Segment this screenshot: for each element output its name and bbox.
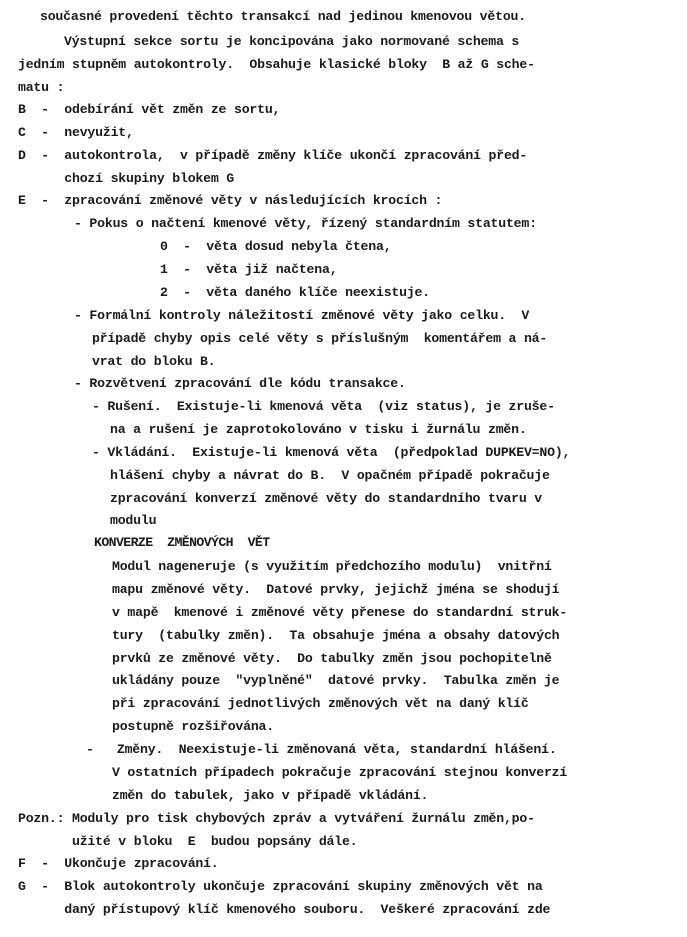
text-line: postupně rozšiřována.	[112, 719, 274, 735]
text-line: D - autokontrola, v případě změny klíče …	[18, 148, 527, 164]
text-line: vrat do bloku B.	[92, 354, 215, 370]
text-line: - Vkládání. Existuje-li kmenová věta (př…	[92, 445, 570, 461]
text-line: při zpracování jednotlivých změnových vě…	[112, 696, 529, 712]
text-line: Výstupní sekce sortu je koncipována jako…	[64, 34, 519, 50]
text-line: - Rušení. Existuje-li kmenová věta (viz …	[92, 399, 555, 415]
text-line: mapu změnové věty. Datové prvky, jejichž…	[112, 582, 559, 598]
text-line: C - nevyužit,	[18, 125, 134, 141]
text-line: Modul nageneruje (s využitím předchozího…	[112, 559, 552, 575]
text-line: - Formální kontroly náležitostí změnové …	[74, 308, 529, 324]
text-line: prvků ze změnové věty. Do tabulky změn j…	[112, 651, 552, 667]
text-line: F - Ukončuje zpracování.	[18, 856, 219, 872]
text-line: chozí skupiny blokem G	[18, 171, 234, 187]
text-line: změn do tabulek, jako v případě vkládání…	[112, 788, 428, 804]
text-line: jedním stupněm autokontroly. Obsahuje kl…	[18, 57, 535, 73]
text-line: B - odebírání vět změn ze sortu,	[18, 102, 280, 118]
text-line: ukládány pouze "vyplněné" datové prvky. …	[112, 673, 559, 689]
text-line: matu :	[18, 80, 64, 96]
text-line: užité v bloku E budou popsány dále.	[18, 834, 357, 850]
text-line: Pozn.: Moduly pro tisk chybových zpráv a…	[18, 811, 535, 827]
text-line: současné provedení těchto transakcí nad …	[40, 9, 526, 25]
text-line: tury (tabulky změn). Ta obsahuje jména a…	[112, 628, 559, 644]
text-line: V ostatních případech pokračuje zpracová…	[112, 765, 567, 781]
text-line: hlášení chyby a návrat do B. V opačném p…	[110, 468, 550, 484]
text-line: 1 - věta již načtena,	[160, 262, 337, 278]
text-line: E - zpracování změnové věty v následujíc…	[18, 193, 442, 209]
text-line: 2 - věta daného klíče neexistuje.	[160, 285, 430, 301]
text-line: na a rušení je zaprotokolováno v tisku i…	[110, 422, 527, 438]
text-line: - Pokus o načtení kmenové věty, řízený s…	[74, 216, 537, 232]
typewritten-page: současné provedení těchto transakcí nad …	[0, 0, 687, 937]
text-line: G - Blok autokontroly ukončuje zpracován…	[18, 879, 543, 895]
text-line: - Rozvětvení zpracování dle kódu transak…	[74, 376, 406, 392]
text-line: v mapě kmenové i změnové věty přenese do…	[112, 605, 567, 621]
text-line: - Změny. Neexistuje-li změnovaná věta, s…	[86, 742, 557, 758]
text-line: zpracování konverzí změnové věty do stan…	[110, 491, 542, 507]
text-line: 0 - věta dosud nebyla čtena,	[160, 239, 391, 255]
section-heading: KONVERZE ZMĚNOVÝCH VĚT	[94, 535, 270, 551]
text-line: modulu	[110, 513, 156, 529]
text-line: daný přístupový klíč kmenového souboru. …	[18, 902, 550, 918]
text-line: případě chyby opis celé věty s příslušný…	[92, 331, 547, 347]
